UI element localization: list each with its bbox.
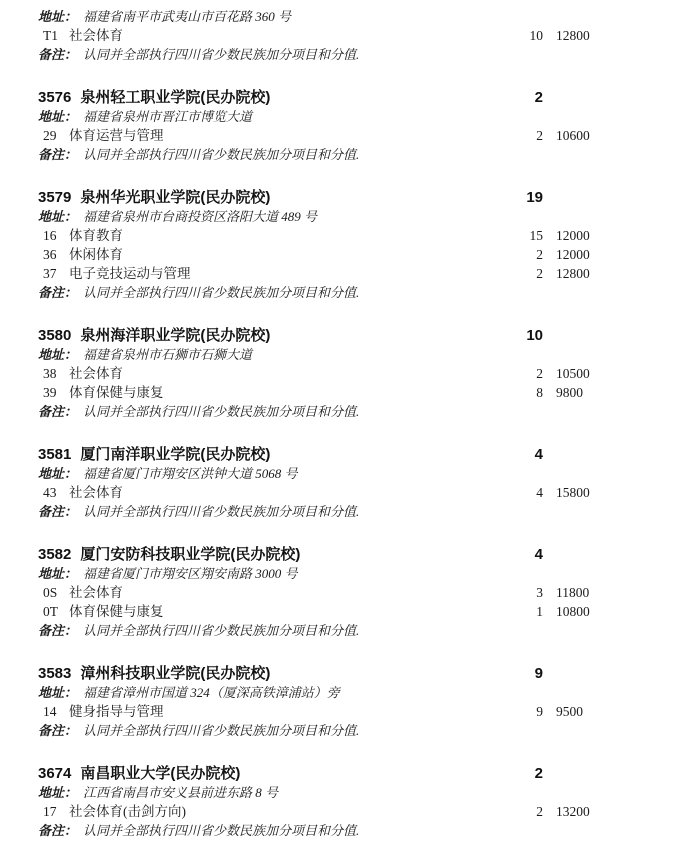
major-row: 43社会体育415800 — [0, 483, 700, 502]
school-plan-count: 4 — [478, 445, 543, 464]
major-name: 社会体育 — [69, 28, 123, 43]
school-header-row: 3581厦门南洋职业学院(民办院校)4 — [0, 445, 700, 464]
major-quota: 8 — [478, 383, 543, 402]
major-fee: 9800 — [556, 383, 583, 402]
remark-text: 认同并全部执行四川省少数民族加分项目和分值. — [83, 147, 359, 162]
major-quota: 2 — [478, 802, 543, 821]
school-block: 3580泉州海洋职业学院(民办院校)10地址：福建省泉州市石狮市石狮大道38社会… — [0, 326, 700, 421]
address-row: 地址：福建省厦门市翔安区翔安南路 3000 号 — [0, 564, 700, 583]
major-code: T1 — [43, 26, 60, 45]
major-quota: 2 — [478, 245, 543, 264]
address-text: 福建省泉州市台商投资区洛阳大道 489 号 — [83, 209, 317, 224]
address-row: 地址：福建省泉州市晋江市博览大道 — [0, 107, 700, 126]
school-header-row: 3580泉州海洋职业学院(民办院校)10 — [0, 326, 700, 345]
remark-label: 备注： — [38, 504, 77, 519]
major-row: 17社会体育(击剑方向)213200 — [0, 802, 700, 821]
school-header-row: 3582厦门安防科技职业学院(民办院校)4 — [0, 545, 700, 564]
address-row: 地址：江西省南昌市安义县前进东路 8 号 — [0, 783, 700, 802]
major-fee: 10800 — [556, 602, 590, 621]
address-label: 地址： — [38, 566, 77, 581]
address-row: 地址：福建省厦门市翔安区洪钟大道 5068 号 — [0, 464, 700, 483]
school-name: 漳州科技职业学院(民办院校) — [80, 665, 270, 682]
major-row: 0T体育保健与康复110800 — [0, 602, 700, 621]
major-name: 休闲体育 — [69, 247, 123, 262]
school-code: 3674 — [38, 765, 71, 782]
school-name: 泉州海洋职业学院(民办院校) — [80, 327, 270, 344]
school-plan-count: 2 — [478, 764, 543, 783]
school-block: 3576泉州轻工职业学院(民办院校)2地址：福建省泉州市晋江市博览大道29体育运… — [0, 88, 700, 164]
school-block: 3583漳州科技职业学院(民办院校)9地址：福建省漳州市国道 324（厦深高铁漳… — [0, 664, 700, 740]
address-label: 地址： — [38, 9, 77, 24]
school-code: 3581 — [38, 446, 71, 463]
major-name: 体育保健与康复 — [69, 385, 164, 400]
major-quota: 1 — [478, 602, 543, 621]
major-code: 0S — [43, 583, 60, 602]
school-plan-count: 10 — [478, 326, 543, 345]
remark-text: 认同并全部执行四川省少数民族加分项目和分值. — [83, 823, 359, 838]
major-name: 体育教育 — [69, 228, 123, 243]
major-name: 社会体育(击剑方向) — [69, 804, 186, 819]
remark-text: 认同并全部执行四川省少数民族加分项目和分值. — [83, 504, 359, 519]
major-fee: 13200 — [556, 802, 590, 821]
address-row: 地址：福建省南平市武夷山市百花路 360 号 — [0, 7, 700, 26]
school-plan-count: 9 — [478, 664, 543, 683]
major-name: 社会体育 — [69, 366, 123, 381]
major-quota: 4 — [478, 483, 543, 502]
major-row: 29体育运营与管理210600 — [0, 126, 700, 145]
major-row: 16体育教育1512000 — [0, 226, 700, 245]
address-text: 福建省厦门市翔安区翔安南路 3000 号 — [83, 566, 298, 581]
school-code: 3583 — [38, 665, 71, 682]
major-fee: 9500 — [556, 702, 583, 721]
major-quota: 9 — [478, 702, 543, 721]
address-text: 福建省厦门市翔安区洪钟大道 5068 号 — [83, 466, 298, 481]
major-quota: 3 — [478, 583, 543, 602]
remark-label: 备注： — [38, 404, 77, 419]
address-row: 地址：福建省泉州市台商投资区洛阳大道 489 号 — [0, 207, 700, 226]
major-row: 38社会体育210500 — [0, 364, 700, 383]
school-name: 泉州华光职业学院(民办院校) — [80, 189, 270, 206]
address-label: 地址： — [38, 109, 77, 124]
remark-label: 备注： — [38, 147, 77, 162]
major-code: 16 — [43, 226, 60, 245]
school-name: 南昌职业大学(民办院校) — [80, 765, 240, 782]
major-code: 38 — [43, 364, 60, 383]
school-block: 地址：福建省南平市武夷山市百花路 360 号T1社会体育1012800备注：认同… — [0, 7, 700, 64]
school-code: 3579 — [38, 189, 71, 206]
remark-label: 备注： — [38, 623, 77, 638]
major-row: 39体育保健与康复89800 — [0, 383, 700, 402]
address-label: 地址： — [38, 466, 77, 481]
school-plan-count: 19 — [478, 188, 543, 207]
major-fee: 15800 — [556, 483, 590, 502]
school-header-row: 3583漳州科技职业学院(民办院校)9 — [0, 664, 700, 683]
major-row: 0S社会体育311800 — [0, 583, 700, 602]
major-row: 36休闲体育212000 — [0, 245, 700, 264]
address-text: 福建省泉州市石狮市石狮大道 — [83, 347, 252, 362]
remark-text: 认同并全部执行四川省少数民族加分项目和分值. — [83, 623, 359, 638]
school-header-row: 3579泉州华光职业学院(民办院校)19 — [0, 188, 700, 207]
major-fee: 12800 — [556, 26, 590, 45]
address-text: 福建省漳州市国道 324（厦深高铁漳浦站）旁 — [83, 685, 340, 700]
remark-row: 备注：认同并全部执行四川省少数民族加分项目和分值. — [0, 502, 700, 521]
remark-text: 认同并全部执行四川省少数民族加分项目和分值. — [83, 723, 359, 738]
major-name: 体育运营与管理 — [69, 128, 164, 143]
major-code: 14 — [43, 702, 60, 721]
school-list: 地址：福建省南平市武夷山市百花路 360 号T1社会体育1012800备注：认同… — [0, 7, 700, 840]
address-row: 地址：福建省泉州市石狮市石狮大道 — [0, 345, 700, 364]
major-fee: 12000 — [556, 226, 590, 245]
remark-label: 备注： — [38, 823, 77, 838]
school-header-row: 3576泉州轻工职业学院(民办院校)2 — [0, 88, 700, 107]
school-code: 3576 — [38, 89, 71, 106]
major-quota: 10 — [478, 26, 543, 45]
address-label: 地址： — [38, 685, 77, 700]
major-name: 体育保健与康复 — [69, 604, 164, 619]
major-code: 36 — [43, 245, 60, 264]
major-fee: 12800 — [556, 264, 590, 283]
school-plan-count: 2 — [478, 88, 543, 107]
major-fee: 10600 — [556, 126, 590, 145]
school-block: 3582厦门安防科技职业学院(民办院校)4地址：福建省厦门市翔安区翔安南路 30… — [0, 545, 700, 640]
address-row: 地址：福建省漳州市国道 324（厦深高铁漳浦站）旁 — [0, 683, 700, 702]
major-code: 37 — [43, 264, 60, 283]
school-code: 3580 — [38, 327, 71, 344]
major-row: 14健身指导与管理99500 — [0, 702, 700, 721]
major-fee: 10500 — [556, 364, 590, 383]
major-fee: 11800 — [556, 583, 589, 602]
address-text: 江西省南昌市安义县前进东路 8 号 — [83, 785, 278, 800]
school-header-row: 3674南昌职业大学(民办院校)2 — [0, 764, 700, 783]
address-text: 福建省南平市武夷山市百花路 360 号 — [83, 9, 291, 24]
major-quota: 2 — [478, 364, 543, 383]
major-code: 43 — [43, 483, 60, 502]
school-plan-count: 4 — [478, 545, 543, 564]
remark-label: 备注： — [38, 723, 77, 738]
remark-row: 备注：认同并全部执行四川省少数民族加分项目和分值. — [0, 621, 700, 640]
school-name: 泉州轻工职业学院(民办院校) — [80, 89, 270, 106]
major-code: 39 — [43, 383, 60, 402]
address-text: 福建省泉州市晋江市博览大道 — [83, 109, 252, 124]
major-quota: 2 — [478, 126, 543, 145]
remark-text: 认同并全部执行四川省少数民族加分项目和分值. — [83, 47, 359, 62]
major-code: 17 — [43, 802, 60, 821]
major-quota: 2 — [478, 264, 543, 283]
school-block: 3674南昌职业大学(民办院校)2地址：江西省南昌市安义县前进东路 8 号17社… — [0, 764, 700, 840]
school-name: 厦门安防科技职业学院(民办院校) — [80, 546, 300, 563]
major-row: T1社会体育1012800 — [0, 26, 700, 45]
address-label: 地址： — [38, 347, 77, 362]
remark-row: 备注：认同并全部执行四川省少数民族加分项目和分值. — [0, 721, 700, 740]
school-name: 厦门南洋职业学院(民办院校) — [80, 446, 270, 463]
major-name: 健身指导与管理 — [69, 704, 164, 719]
school-code: 3582 — [38, 546, 71, 563]
remark-row: 备注：认同并全部执行四川省少数民族加分项目和分值. — [0, 45, 700, 64]
school-block: 3581厦门南洋职业学院(民办院校)4地址：福建省厦门市翔安区洪钟大道 5068… — [0, 445, 700, 521]
remark-text: 认同并全部执行四川省少数民族加分项目和分值. — [83, 404, 359, 419]
remark-text: 认同并全部执行四川省少数民族加分项目和分值. — [83, 285, 359, 300]
school-block: 3579泉州华光职业学院(民办院校)19地址：福建省泉州市台商投资区洛阳大道 4… — [0, 188, 700, 302]
admission-plan-document: 地址：福建省南平市武夷山市百花路 360 号T1社会体育1012800备注：认同… — [0, 0, 700, 840]
major-name: 社会体育 — [69, 585, 123, 600]
remark-row: 备注：认同并全部执行四川省少数民族加分项目和分值. — [0, 145, 700, 164]
major-quota: 15 — [478, 226, 543, 245]
address-label: 地址： — [38, 209, 77, 224]
remark-row: 备注：认同并全部执行四川省少数民族加分项目和分值. — [0, 283, 700, 302]
major-code: 29 — [43, 126, 60, 145]
major-code: 0T — [43, 602, 60, 621]
address-label: 地址： — [38, 785, 77, 800]
major-fee: 12000 — [556, 245, 590, 264]
remark-label: 备注： — [38, 285, 77, 300]
remark-row: 备注：认同并全部执行四川省少数民族加分项目和分值. — [0, 821, 700, 840]
major-row: 37电子竞技运动与管理212800 — [0, 264, 700, 283]
remark-label: 备注： — [38, 47, 77, 62]
major-name: 社会体育 — [69, 485, 123, 500]
remark-row: 备注：认同并全部执行四川省少数民族加分项目和分值. — [0, 402, 700, 421]
major-name: 电子竞技运动与管理 — [69, 266, 191, 281]
